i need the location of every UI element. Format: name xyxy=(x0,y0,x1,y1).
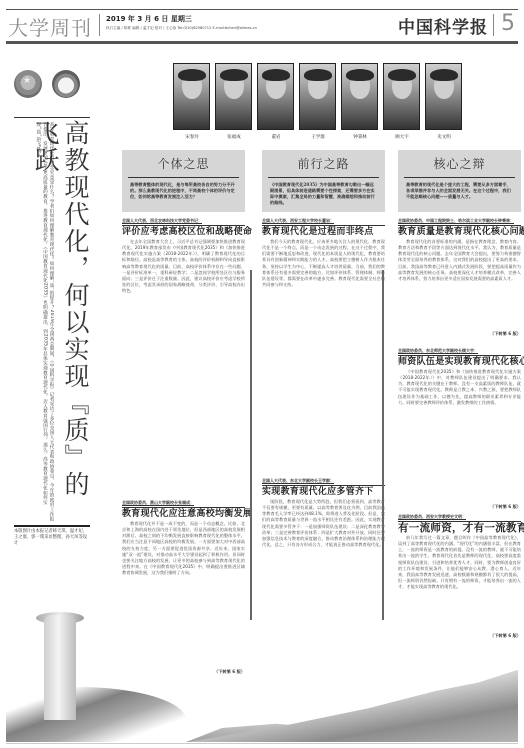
section-title: 个体之思 xyxy=(122,150,245,172)
portrait-photo xyxy=(299,63,336,130)
article-body: 现阶段，教育现代化是大势所趋，但我们必须看到，高等教育不仅要有规模，更要有质量。… xyxy=(262,499,385,714)
page-number: 5 xyxy=(501,11,515,36)
section-banner-individual: 个体之思 高等教育整体的现代化，是与每所高校各自的努力分不开的。那么高教现代化的… xyxy=(122,150,245,212)
portrait-photo xyxy=(425,63,462,130)
portrait-name: 董岩 xyxy=(257,134,295,140)
portrait: 王学群 xyxy=(299,63,337,140)
article-byline: 全国政协委员、中国工程院院士、哈尔滨工业大学副校长钟秉林： xyxy=(398,218,521,226)
portrait-name: 顾大宇 xyxy=(383,134,421,140)
portrait-name: 张福成 xyxy=(215,134,253,140)
continued-note: （下转第 6 版） xyxy=(398,504,521,510)
article-body: 教育现代化并不是一成不变的，而是一个动态概念。比如，北京和上海的高校在国内处于领… xyxy=(122,521,245,669)
article-byline: 全国政协委员、燕山大学副校长张福成： xyxy=(122,500,245,508)
section-quote: 高等教育整体的现代化，是与每所高校各自的努力分不开的。那么高教现代化的进程中，不… xyxy=(130,182,237,200)
article-title: 有一流师资，才有一流教育 xyxy=(398,525,521,531)
article-column-2: 全国人大代表、西安工程大学校长董岩： 教育现代化是过程而非终点 我们今天的教育现… xyxy=(262,218,385,497)
newspaper-logo: 中国科学报 xyxy=(398,13,488,38)
banner-rule xyxy=(128,177,239,178)
main-headline: 高教现代化，何以实现『质』的飞跃 xyxy=(60,120,90,520)
article-byline: 全国人大代表、西北农林科技大学党委书记： xyxy=(122,218,245,226)
portrait: 宋春玲 xyxy=(173,63,211,140)
emblems: ★ xyxy=(12,70,92,102)
portrait: 张福成 xyxy=(215,63,253,140)
article-body: 前几年我写过一篇文章，题目叫作《中国高等教育现代化》，谈到了高等教育现代化的内涵… xyxy=(398,535,521,633)
page-bottom-border xyxy=(6,743,518,744)
portrait-name: 钟秉林 xyxy=(341,134,379,140)
section-title: 核心之辩 xyxy=(398,150,521,172)
article-column-3: 全国政协委员、中国工程院院士、哈尔滨工业大学副校长钟秉林： 教育质量是教育现代化… xyxy=(398,218,521,337)
portrait-name: 史文明 xyxy=(425,134,463,140)
article-column-1b: 全国政协委员、燕山大学副校长张福成： 教育现代化应注意高校均衡发展 教育现代化并… xyxy=(122,500,245,675)
article-byline: 全国政协委员、东北师范大学副校长顾大宇： xyxy=(398,348,521,356)
section-quote: 高等教育的现代化是个庞大的工程，需要从多方面着手，各项举措并非与人的全面发展无关… xyxy=(406,182,513,200)
article-title: 评价应考虑高校区位和战略使命 xyxy=(122,229,245,235)
left-column-bottom-rule xyxy=(14,525,90,527)
article-byline: 全国人大代表、东北大学副校长王学群： xyxy=(262,478,385,486)
article-body: 《中国教育现代化2035》和《加快推进教育现代化实施方案（2018-2022年）… xyxy=(398,369,521,504)
left-column-rule xyxy=(14,117,90,118)
portrait-name: 王学群 xyxy=(299,134,337,140)
article-title: 教育质量是教育现代化核心问题 xyxy=(398,229,521,235)
banner-rule xyxy=(268,177,379,178)
portrait-photo xyxy=(215,63,252,130)
ribbon-illustration xyxy=(6,687,186,742)
section-title: 大学周刊 xyxy=(8,12,92,41)
portrait: 董岩 xyxy=(257,63,295,140)
banner-rule xyxy=(404,177,515,178)
masthead-divider xyxy=(99,14,100,36)
huabiao-pillar-illustration xyxy=(44,615,76,720)
article-column-1: 全国人大代表、西北农林科技大学党委书记： 评价应考虑高校区位和战略使命 在去年全… xyxy=(122,218,245,474)
portrait-photo xyxy=(257,63,294,130)
masthead-divider-right xyxy=(493,14,494,36)
portrait-photo xyxy=(341,63,378,130)
portrait: 史文明 xyxy=(425,63,463,140)
portrait-row: 宋春玲 张福成 董岩 王学群 钟秉林 顾大宇 史文明 xyxy=(173,63,463,143)
masthead: 大学周刊 2019 年 3 月 6 日 星期三 执行主编 / 陈彬 编辑 / 温… xyxy=(6,10,518,40)
section-title: 前行之路 xyxy=(262,150,385,172)
issue-date: 2019 年 3 月 6 日 星期三 xyxy=(106,14,192,24)
article-title: 师资队伍是实现教育现代化核心 xyxy=(398,359,521,365)
editorial-credits: 执行主编 / 陈彬 编辑 / 温才妃 校对 / 王心怡 Tel:(010)625… xyxy=(106,26,257,31)
article-title: 教育现代化是过程而非终点 xyxy=(262,229,385,235)
column-divider xyxy=(250,270,252,620)
continued-note: （下转第 6 版） xyxy=(398,331,521,337)
portrait: 钟秉林 xyxy=(341,63,379,140)
article-byline: 全国政协委员、西安大学教授史文明： xyxy=(398,514,521,522)
lead-intro-text: 高等教育现代化的理念究竟是什么？学者们如何理解教育现代化？如何理解“质”的提升？… xyxy=(14,122,54,522)
continued-note: （下转第 6 版） xyxy=(398,633,521,639)
portrait-photo xyxy=(383,63,420,130)
column-divider xyxy=(382,270,384,620)
portrait: 顾大宇 xyxy=(383,63,421,140)
cppcc-emblem-icon xyxy=(52,70,80,98)
national-emblem-icon: ★ xyxy=(14,70,42,98)
article-byline: 全国人大代表、西安工程大学校长董岩： xyxy=(262,218,385,226)
article-body: 教育现代化的首要标准的内涵，是指在教育理念、教育内容、教育方法和教育手段等方面达… xyxy=(398,239,521,331)
section-banner-path: 前行之路 《中国教育现代化2035》为中国高等教育勾勒出一幅远期图景，但具体前进… xyxy=(262,150,385,212)
article-title: 教育现代化应注意高校均衡发展 xyxy=(122,511,245,517)
article-body: 在去年全国教育大会上，习近平总书记强调要加快推进教育现代化。2019年教育部发布… xyxy=(122,239,245,474)
continued-note: （下转第 6 版） xyxy=(122,669,245,675)
portrait-photo xyxy=(173,63,210,130)
section-banner-core: 核心之辩 高等教育的现代化是个庞大的工程，需要从多方面着手，各项举措并非与人的全… xyxy=(398,150,521,212)
left-column-caption: 本版图片由本报记者韩天琪、温才妃、王之康、郭一璞采访整理，孙天凤等设计 xyxy=(14,529,90,547)
article-column-3b: 全国政协委员、东北师范大学副校长顾大宇： 师资队伍是实现教育现代化核心 《中国教… xyxy=(398,348,521,510)
article-title: 实现教育现代化应多管齐下 xyxy=(262,489,385,495)
huabiao-cap-illustration xyxy=(36,612,84,624)
masthead-bottom-rule xyxy=(6,41,518,44)
article-column-2b: 全国人大代表、东北大学副校长王学群： 实现教育现代化应多管齐下 现阶段，教育现代… xyxy=(262,478,385,714)
article-body: 我们今天的教育现代化，应该更多地关注人的现代化。教育现代化不是一个终点，而是一个… xyxy=(262,239,385,497)
great-wall-center-illustration xyxy=(186,714,366,742)
article-column-3c: 全国政协委员、西安大学教授史文明： 有一流师资，才有一流教育 前几年我写过一篇文… xyxy=(398,514,521,639)
section-quote: 《中国教育现代化2035》为中国高等教育勾勒出一幅远期图景，但具体前进道路需要个… xyxy=(270,182,377,206)
portrait-name: 宋春玲 xyxy=(173,134,211,140)
